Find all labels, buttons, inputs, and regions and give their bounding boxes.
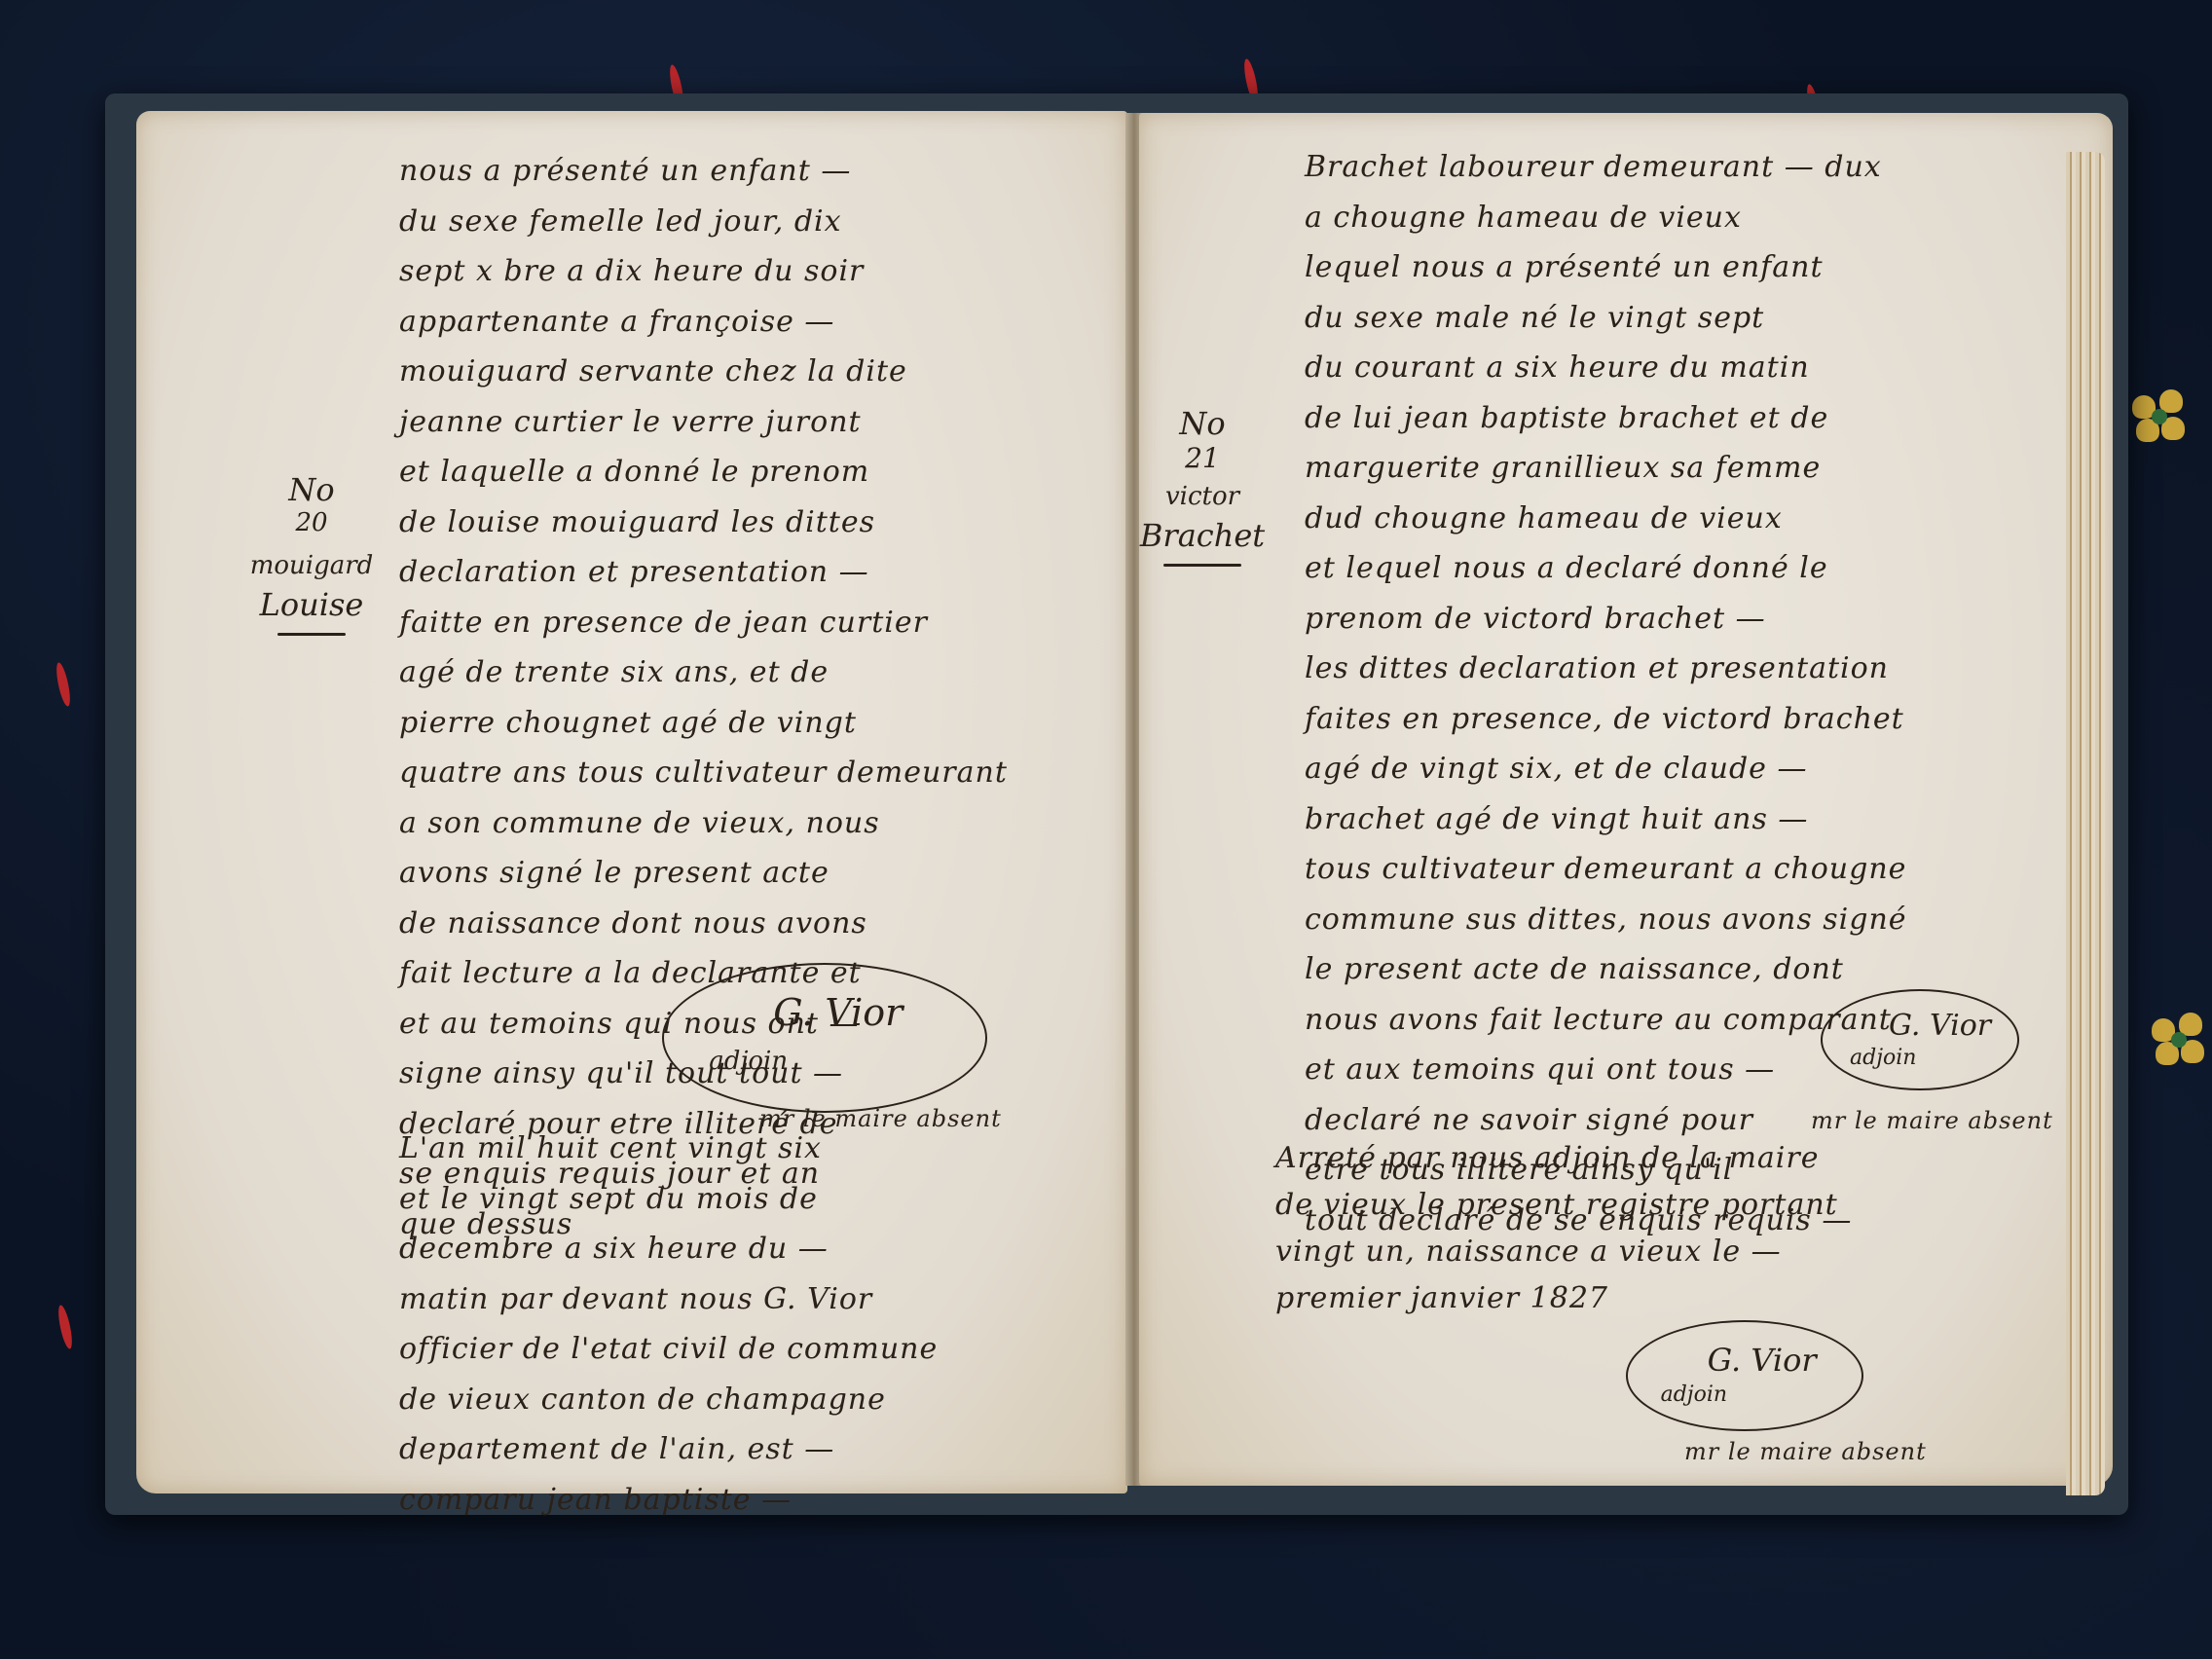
text-line: appartenante a françoise — bbox=[399, 297, 1008, 348]
text-line: nous avons fait lecture au comparant bbox=[1305, 995, 1907, 1046]
signature-name: G. Vior bbox=[773, 991, 903, 1034]
text-line: a son commune de vieux, nous bbox=[399, 798, 1008, 849]
text-line: Brachet laboureur demeurant — dux bbox=[1305, 142, 1907, 193]
entry-number-label: No bbox=[224, 471, 399, 508]
text-line: de vieux canton de champagne bbox=[399, 1375, 938, 1425]
text-line: du courant a six heure du matin bbox=[1305, 343, 1907, 393]
text-line: le present acte de naissance, dont bbox=[1305, 944, 1907, 995]
signature-role: adjoin bbox=[1661, 1382, 1727, 1407]
signature-adjoint-closing: G. Vior adjoin bbox=[1626, 1320, 1863, 1431]
signature-role: adjoin bbox=[1850, 1046, 1916, 1070]
text-line: dud chougne hameau de vieux bbox=[1305, 494, 1907, 544]
left-page: No 20 mouigard Louise nous a présenté un… bbox=[136, 111, 1127, 1493]
text-line: du sexe femelle led jour, dix bbox=[399, 197, 1008, 247]
text-line: faites en presence, de victord brachet bbox=[1305, 694, 1907, 745]
signature-name: G. Vior bbox=[1708, 1342, 1817, 1379]
text-line: de naissance dont nous avons bbox=[399, 899, 1008, 949]
text-line: brachet agé de vingt huit ans — bbox=[1305, 794, 1907, 845]
entry-number-label: No bbox=[1110, 405, 1295, 442]
fabric-flower-icon bbox=[2152, 1013, 2206, 1067]
text-line: agé de vingt six, et de claude — bbox=[1305, 744, 1907, 794]
text-line: de louise mouiguard les dittes bbox=[399, 498, 1008, 548]
text-line: marguerite granillieux sa femme bbox=[1305, 443, 1907, 494]
text-line: les dittes declaration et presentation bbox=[1305, 644, 1907, 694]
text-line: jeanne curtier le verre juront bbox=[399, 397, 1008, 448]
page-edges bbox=[2066, 152, 2105, 1495]
margin-swash bbox=[1163, 564, 1241, 567]
text-line: du sexe male né le vingt sept bbox=[1305, 293, 1907, 344]
fabric-red-leaf bbox=[55, 1304, 74, 1349]
signature-role: adjoin bbox=[709, 1047, 788, 1076]
text-line: et lequel nous a declaré donné le bbox=[1305, 543, 1907, 594]
open-register-book: No 20 mouigard Louise nous a présenté un… bbox=[105, 93, 2128, 1515]
text-line: et aux temoins qui ont tous — bbox=[1305, 1045, 1907, 1095]
fabric-flower-icon bbox=[2132, 389, 2187, 444]
signature-adjoint: G. Vior adjoin bbox=[662, 963, 987, 1113]
text-line: agé de trente six ans, et de bbox=[399, 647, 1008, 698]
text-line: sept x bre a dix heure du soir bbox=[399, 246, 1008, 297]
entry-surname: Brachet bbox=[1110, 517, 1295, 554]
text-line: vingt un, naissance a vieux le — bbox=[1275, 1229, 1838, 1275]
text-line: de vieux le present registre portant bbox=[1275, 1182, 1838, 1229]
text-line: commune sus dittes, nous avons signé bbox=[1305, 895, 1907, 945]
text-line: lequel nous a présenté un enfant bbox=[1305, 242, 1907, 293]
entry-number: 20 bbox=[224, 508, 399, 537]
register-closing-text: Arreté par nous adjoin de la maire de vi… bbox=[1275, 1135, 1838, 1322]
text-line: departement de l'ain, est — bbox=[399, 1424, 938, 1475]
mayor-absent-note: mr le maire absent bbox=[1811, 1096, 2053, 1147]
text-line: mouiguard servante chez la dite bbox=[399, 347, 1008, 397]
text-line: nous a présenté un enfant — bbox=[399, 146, 1008, 197]
text-line: prenom de victord brachet — bbox=[1305, 594, 1907, 645]
text-line: matin par devant nous G. Vior bbox=[399, 1274, 938, 1325]
text-line: premier janvier 1827 bbox=[1275, 1275, 1838, 1322]
text-line: officier de l'etat civil de commune bbox=[399, 1324, 938, 1375]
margin-swash bbox=[277, 633, 346, 636]
text-line: de lui jean baptiste brachet et de bbox=[1305, 393, 1907, 444]
entry-surname: mouigard bbox=[224, 551, 399, 580]
signature-adjoint: G. Vior adjoin bbox=[1821, 989, 2019, 1090]
entry-21-opening-text: L'an mil huit cent vingt six et le vingt… bbox=[399, 1124, 938, 1525]
text-line: comparu jean baptiste — bbox=[399, 1475, 938, 1526]
text-line: decembre a six heure du — bbox=[399, 1224, 938, 1274]
text-line: declaration et presentation — bbox=[399, 547, 1008, 598]
right-page: No 21 victor Brachet Brachet laboureur d… bbox=[1139, 113, 2113, 1486]
text-line: quatre ans tous cultivateur demeurant bbox=[399, 748, 1008, 798]
text-line: et laquelle a donné le prenom bbox=[399, 447, 1008, 498]
entry-given-name: Louise bbox=[224, 586, 399, 623]
entry-21-text: Brachet laboureur demeurant — dux a chou… bbox=[1305, 142, 1907, 1245]
text-line: faitte en presence de jean curtier bbox=[399, 598, 1008, 648]
signature-name: G. Vior bbox=[1889, 1009, 1991, 1043]
text-line: tous cultivateur demeurant a chougne bbox=[1305, 844, 1907, 895]
text-line: L'an mil huit cent vingt six bbox=[399, 1124, 938, 1174]
text-line: Arreté par nous adjoin de la maire bbox=[1275, 1135, 1838, 1182]
fabric-red-leaf bbox=[54, 661, 72, 707]
mayor-absent-note: mr le maire absent bbox=[1684, 1427, 1927, 1478]
left-margin-entry: No 20 mouigard Louise bbox=[224, 471, 399, 636]
text-line: pierre chougnet agé de vingt bbox=[399, 698, 1008, 749]
text-line: et le vingt sept du mois de bbox=[399, 1174, 938, 1225]
text-line: a chougne hameau de vieux bbox=[1305, 193, 1907, 243]
entry-number: 21 bbox=[1110, 442, 1295, 474]
entry-given-name: victor bbox=[1110, 482, 1295, 511]
right-margin-entry: No 21 victor Brachet bbox=[1110, 405, 1295, 567]
text-line: avons signé le present acte bbox=[399, 848, 1008, 899]
